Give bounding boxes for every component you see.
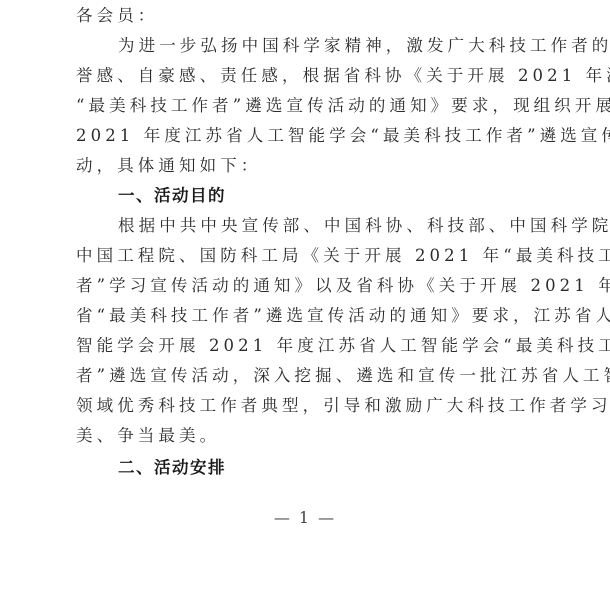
paragraph-1-line: “最美科技工作者”遴选宣传活动的通知》要求，现组织开展 [76,96,536,116]
paragraph-2-line: 省“最美科技工作者”遴选宣传活动的通知》要求，江苏省人工 [76,306,536,326]
section-heading-1: 一、活动目的 [118,186,578,206]
paragraph-2-line: 领域优秀科技工作者典型，引导和激励广大科技工作者学习最 [76,396,536,416]
paragraph-1-line: 2021 年度江苏省人工智能学会“最美科技工作者”遴选宣传活 [76,126,536,146]
paragraph-2-line: 者”遴选宣传活动，深入挖掘、遴选和宣传一批江苏省人工智能 [76,366,536,386]
paragraph-2-line: 美、争当最美。 [76,426,536,446]
document-page: 各会员： 为进一步弘扬中国科学家精神，激发广大科技工作者的荣 誉感、自豪感、责任… [0,0,610,603]
salutation: 各会员： [76,6,536,26]
section-heading-2: 二、活动安排 [118,458,578,478]
paragraph-1-line: 为进一步弘扬中国科学家精神，激发广大科技工作者的荣 [118,36,578,56]
paragraph-2-line: 者”学习宣传活动的通知》以及省科协《关于开展 2021 年江苏 [76,276,536,296]
paragraph-2-line: 智能学会开展 2021 年度江苏省人工智能学会“最美科技工作 [76,336,536,356]
paragraph-1-line: 誉感、自豪感、责任感，根据省科协《关于开展 2021 年江苏省 [76,66,536,86]
page-number: — 1 — [0,508,610,527]
paragraph-1-line: 动，具体通知如下： [76,156,536,176]
paragraph-2-line: 根据中共中央宣传部、中国科协、科技部、中国科学院、 [118,216,578,236]
paragraph-2-line: 中国工程院、国防科工局《关于开展 2021 年“最美科技工作 [76,246,536,266]
